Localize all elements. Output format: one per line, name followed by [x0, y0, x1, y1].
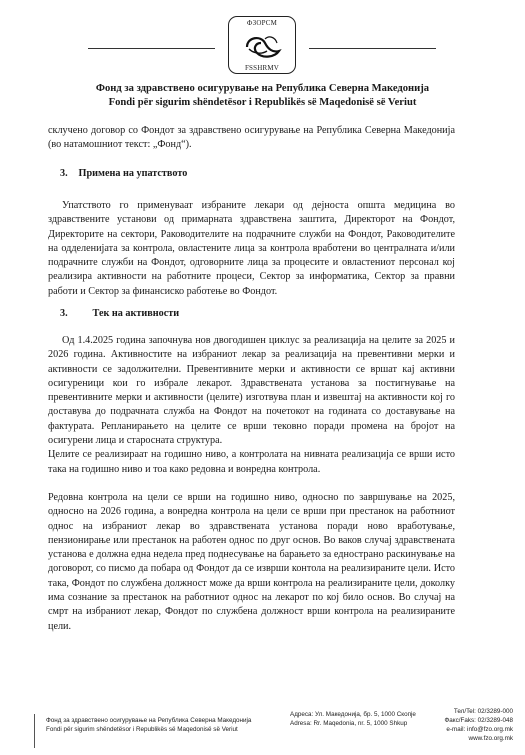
footer-org-mk: Фонд за здравствено осигурување на Репуб…: [46, 716, 251, 725]
header-rule-left: [88, 48, 215, 49]
footer-fax: Факс/Faks: 02/3289-048: [444, 716, 513, 725]
document-body: склучено договор со Фондот за здравствен…: [48, 124, 455, 153]
footer-contact: Тел/Tel: 02/3289-000 Факс/Faks: 02/3289-…: [444, 707, 513, 743]
letter-footer: Фонд за здравствено осигурување на Репуб…: [0, 690, 525, 755]
section-3-paragraph-3: Редовна контрола на цели се врши на годи…: [48, 491, 455, 634]
logo-top-text: ФЗОРСМ: [229, 19, 295, 27]
section-2-body: Упатството го применуваат избраните лека…: [48, 199, 455, 299]
section-3-body: Од 1.4.2025 година започнува нов двогоди…: [48, 334, 455, 634]
section-3-number: 3.: [60, 308, 90, 319]
footer-website[interactable]: www.fzo.org.mk: [444, 734, 513, 743]
footer-phone: Тел/Tel: 02/3289-000: [444, 707, 513, 716]
organization-name: Фонд за здравствено осигурување на Репуб…: [0, 82, 525, 109]
organization-name-sq: Fondi për sigurim shëndetësor i Republik…: [0, 96, 525, 110]
section-3-heading: 3. Тек на активности: [60, 308, 179, 319]
footer-address: Адреса: Ул. Македонија, бр. 5, 1000 Скоп…: [290, 710, 416, 728]
organization-name-mk: Фонд за здравствено осигурување на Репуб…: [0, 82, 525, 96]
logo-emblem-icon: [243, 29, 283, 61]
section-3-title: Тек на активности: [93, 308, 180, 319]
footer-address-mk: Адреса: Ул. Македонија, бр. 5, 1000 Скоп…: [290, 710, 416, 719]
intro-continuation: склучено договор со Фондот за здравствен…: [48, 124, 455, 153]
footer-email[interactable]: e-mail: info@fzo.org.mk: [444, 725, 513, 734]
logo-bottom-text: FSSHRMV: [229, 64, 295, 72]
section-3-paragraph-2: Целите се реализираат на годишно ниво, а…: [48, 448, 455, 477]
letterhead: ФЗОРСМ FSSHRMV Фонд за здравствено осигу…: [0, 0, 525, 115]
footer-address-sq: Adresa: Rr. Maqedonia, nr. 5, 1000 Shkup: [290, 719, 416, 728]
section-3-paragraph-1: Од 1.4.2025 година започнува нов двогоди…: [48, 334, 455, 448]
footer-org-sq: Fondi për sigurim shëndetësor i Republik…: [46, 725, 251, 734]
section-2-title: Примена на упатството: [79, 168, 188, 179]
section-2-number: 3.: [60, 168, 76, 179]
section-2-paragraph: Упатството го применуваат избраните лека…: [48, 199, 455, 299]
header-rule-right: [309, 48, 436, 49]
footer-organization: Фонд за здравствено осигурување на Репуб…: [46, 716, 251, 734]
document-page: ФЗОРСМ FSSHRMV Фонд за здравствено осигу…: [0, 0, 525, 755]
fund-logo: ФЗОРСМ FSSHRMV: [228, 16, 296, 74]
section-2-heading: 3. Примена на упатството: [60, 168, 187, 179]
footer-divider: [34, 714, 35, 748]
